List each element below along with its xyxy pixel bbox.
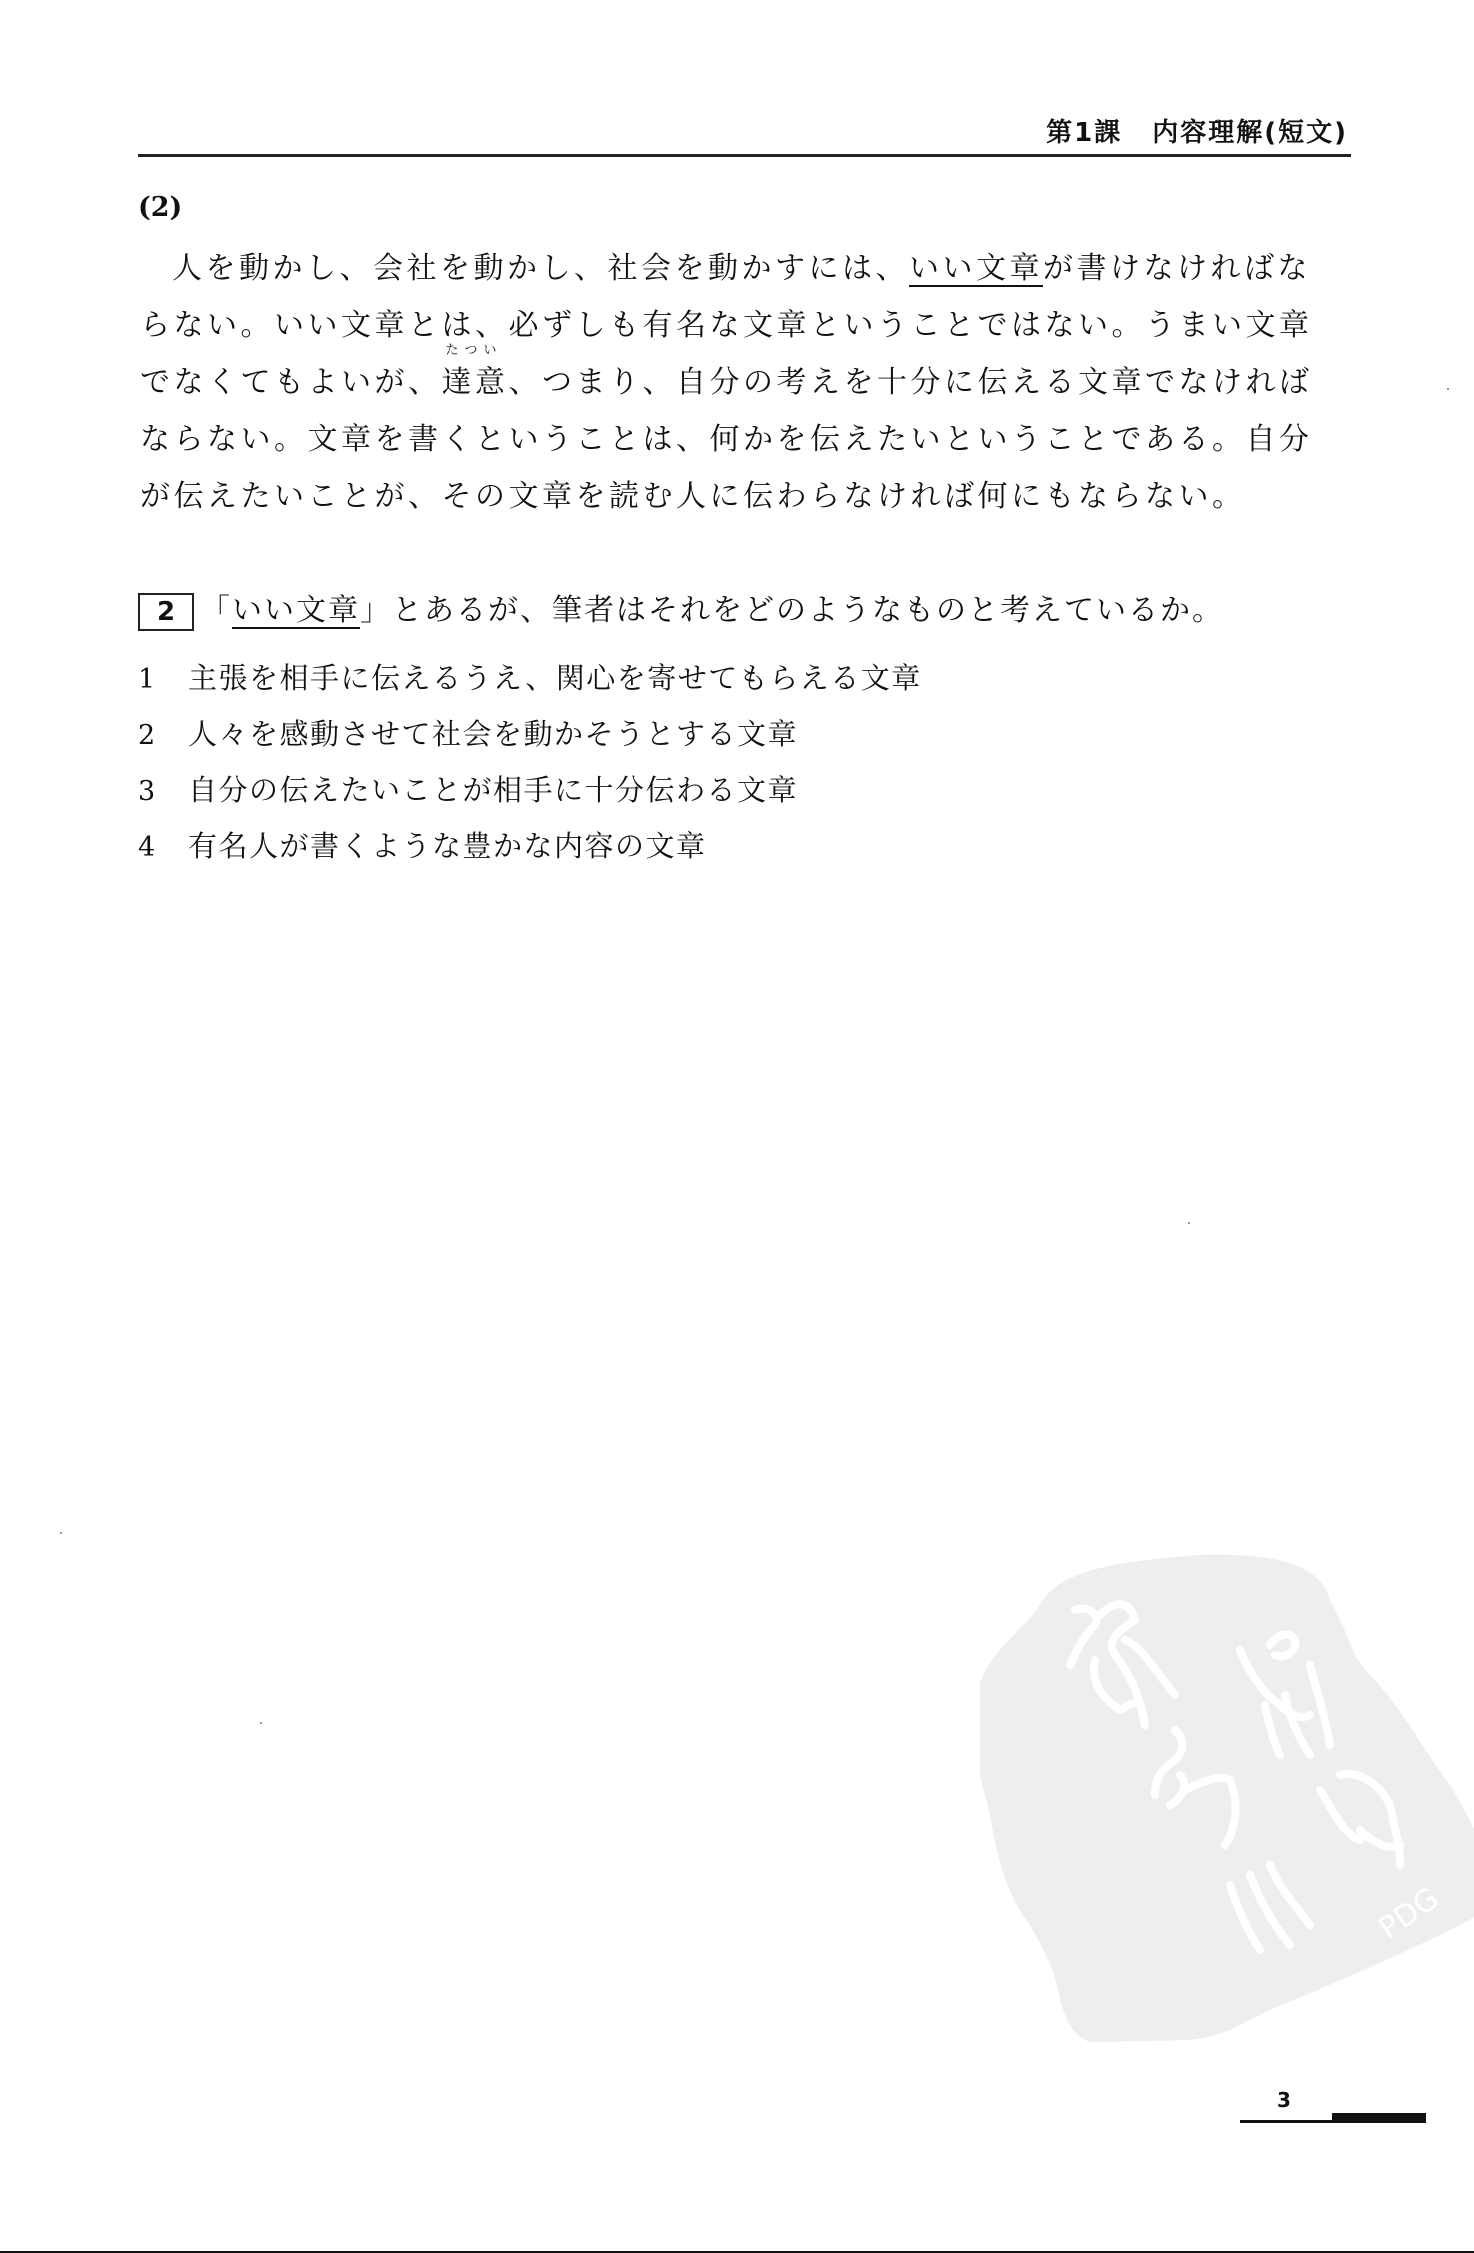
scan-speck	[60, 1532, 62, 1534]
passage-line: らない。いい文章とは、必ずしも有名な文章ということではない。うまい文章	[140, 297, 1355, 354]
lesson-label: 第1課	[1046, 118, 1122, 148]
choice-4[interactable]: 4有名人が書くような豊かな内容の文章	[138, 818, 922, 874]
running-header: 第1課内容理解(短文)	[1046, 112, 1348, 149]
question-number-box: 2	[138, 593, 194, 631]
ruby-base: 達意	[442, 365, 509, 400]
seal-watermark-icon: PDG	[980, 1545, 1474, 2045]
choice-number: 1	[138, 652, 188, 708]
choice-text: 有名人が書くような豊かな内容の文章	[188, 829, 707, 863]
choice-2[interactable]: 2人々を感動させて社会を動かそうとする文章	[138, 706, 922, 762]
choice-number: 2	[138, 708, 188, 764]
question-prompt: 2「いい文章」とあるが、筆者はそれをどのようなものと考えているか。	[138, 588, 1224, 634]
header-rule	[138, 154, 1351, 157]
scan-speck	[1188, 1222, 1190, 1224]
section-label: (2)	[138, 192, 182, 223]
choice-1[interactable]: 1主張を相手に伝えるうえ、関心を寄せてもらえる文章	[138, 650, 922, 706]
underlined-phrase: いい文章	[909, 251, 1043, 286]
choice-text: 自分の伝えたいことが相手に十分伝わる文章	[188, 773, 798, 807]
footer-rule-thick	[1332, 2113, 1426, 2123]
answer-choices: 1主張を相手に伝えるうえ、関心を寄せてもらえる文章 2人々を感動させて社会を動か…	[138, 650, 922, 874]
passage-line: ならない。文章を書くということは、何かを伝えたいということである。自分	[140, 411, 1355, 468]
choice-number: 3	[138, 764, 188, 820]
choice-3[interactable]: 3自分の伝えたいことが相手に十分伝わる文章	[138, 762, 922, 818]
ruby-word: たつい達意	[442, 354, 509, 411]
page-number: 3	[1277, 2088, 1291, 2112]
ruby-reading: たつい	[446, 344, 503, 357]
passage-line: が伝えたいことが、その文章を読む人に伝わらなければ何にもならない。	[140, 468, 1355, 525]
choice-text: 人々を感動させて社会を動かそうとする文章	[188, 717, 798, 751]
scan-speck	[1447, 388, 1449, 390]
passage-line: でなくてもよいが、たつい達意、つまり、自分の考えを十分に伝える文章でなければ	[140, 354, 1355, 411]
choice-number: 4	[138, 820, 188, 876]
reading-passage: 人を動かし、会社を動かし、社会を動かすには、いい文章が書けなければな らない。い…	[140, 240, 1355, 525]
scan-speck	[260, 1722, 262, 1724]
choice-text: 主張を相手に伝えるうえ、関心を寄せてもらえる文章	[188, 661, 922, 695]
footer-rule	[1240, 2120, 1340, 2123]
passage-line: 人を動かし、会社を動かし、社会を動かすには、いい文章が書けなければな	[140, 240, 1355, 297]
quoted-phrase: いい文章	[232, 593, 360, 628]
lesson-title: 内容理解(短文)	[1152, 118, 1348, 148]
